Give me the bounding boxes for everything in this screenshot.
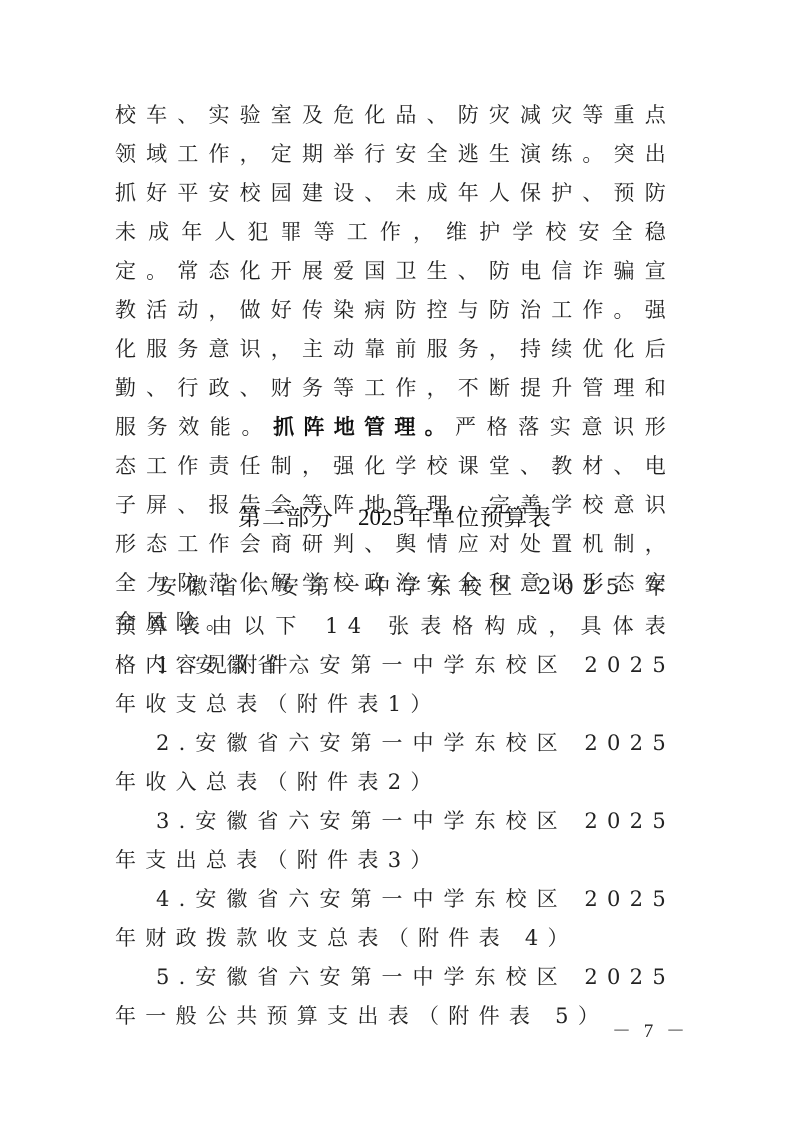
list-item: 5.安徽省六安第一中学东校区 2025 年一般公共预算支出表（附件表 5） xyxy=(115,958,675,1036)
list-item: 4.安徽省六安第一中学东校区 2025 年财政拨款收支总表（附件表 4） xyxy=(115,880,675,958)
bold-subheading: 抓阵地管理。 xyxy=(273,415,455,439)
section-heading: 第二部分2025年单位预算表 xyxy=(115,500,675,536)
list-item: 3.安徽省六安第一中学东校区 2025 年支出总表（附件表3） xyxy=(115,802,675,880)
list-item: 1.安徽省六安第一中学东校区 2025 年收支总表（附件表1） xyxy=(115,646,675,724)
page-number: － 7 － xyxy=(612,1016,689,1043)
list-item: 2.安徽省六安第一中学东校区 2025 年收入总表（附件表2） xyxy=(115,724,675,802)
section-part-label: 第二部分 xyxy=(238,505,334,531)
continued-paragraph: 校车、实验室及危化品、防灾减灾等重点领域工作，定期举行安全逃生演练。突出抓好平安… xyxy=(115,96,675,642)
section-title: 年单位预算表 xyxy=(408,505,552,531)
paragraph-text: 校车、实验室及危化品、防灾减灾等重点领域工作，定期举行安全逃生演练。突出抓好平安… xyxy=(115,103,675,439)
section-year: 2025 xyxy=(358,505,404,530)
